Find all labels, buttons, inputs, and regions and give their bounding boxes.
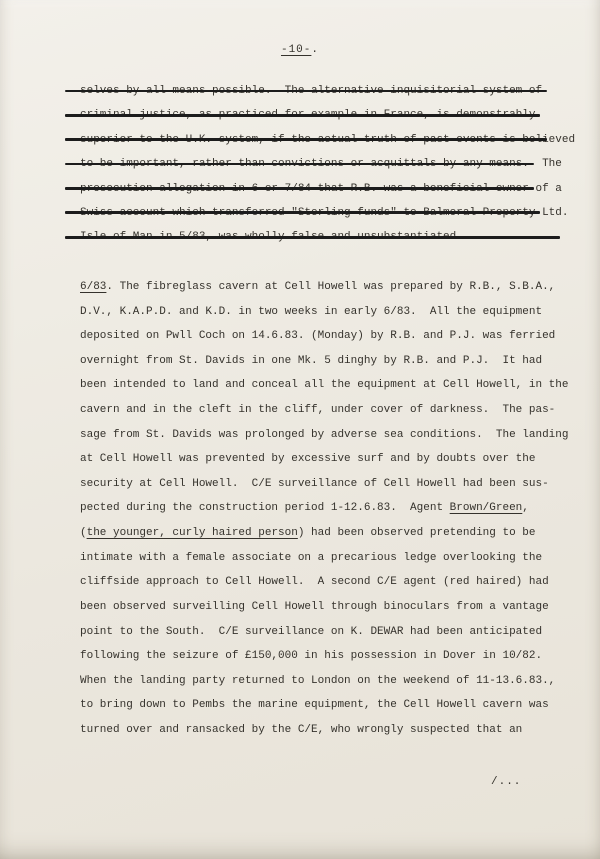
paragraph-line-15: point to the South. C/E surveillance on …: [80, 620, 568, 645]
paragraph-line-9: security at Cell Howell. C/E surveillanc…: [80, 472, 568, 497]
line-text: at Cell Howell was prevented by excessiv…: [80, 453, 535, 465]
line-text: cliffside approach to Cell Howell. A sec…: [80, 576, 549, 588]
line-text: following the seizure of £150,000 in his…: [80, 650, 542, 662]
line-text: ) had been observed pretending to be: [298, 527, 536, 539]
line-text: overnight from St. Davids in one Mk. 5 d…: [80, 355, 542, 367]
underlined-text: 6/83: [80, 281, 106, 293]
paragraph-line-13: cliffside approach to Cell Howell. A sec…: [80, 570, 568, 595]
underlined-text: the younger, curly haired person: [87, 527, 298, 539]
strikethrough-block: selves by all means possible. The altern…: [80, 79, 575, 250]
line-text: ,: [522, 502, 529, 514]
line-text: . The fibreglass cavern at Cell Howell w…: [106, 281, 555, 293]
unstruck-text: Ltd.: [535, 207, 568, 219]
paragraph-line-2: D.V., K.A.P.D. and K.D. in two weeks in …: [80, 300, 568, 325]
line-text: When the landing party returned to Londo…: [80, 675, 555, 687]
paragraph-line-12: intimate with a female associate on a pr…: [80, 546, 568, 571]
paragraph-line-7: sage from St. Davids was prolonged by ad…: [80, 423, 568, 448]
scanned-document-page: -10-. selves by all means possible. The …: [0, 0, 600, 859]
paragraph-line-17: When the landing party returned to Londo…: [80, 669, 568, 694]
paragraph-line-5: been intended to land and conceal all th…: [80, 373, 568, 398]
struck-line-2: criminal justice, as practiced for examp…: [80, 103, 575, 127]
line-text: been intended to land and conceal all th…: [80, 379, 568, 391]
underlined-text: Brown/Green: [450, 502, 523, 514]
struck-text: Isle of Man in 5/83, was wholly false an…: [80, 225, 463, 249]
line-text: pected during the construction period 1-…: [80, 502, 450, 514]
struck-text: prosecution allegation in 6 or 7/84 that…: [80, 177, 529, 201]
line-text: been observed surveilling Cell Howell th…: [80, 601, 549, 613]
struck-line-4: to be important, rather than convictions…: [80, 152, 575, 176]
paragraph-line-10: pected during the construction period 1-…: [80, 496, 568, 521]
paragraph-line-3: deposited on Pwll Coch on 14.6.83. (Mond…: [80, 324, 568, 349]
struck-line-3: superior to the U.K. system, if the actu…: [80, 128, 575, 152]
line-text: turned over and ransacked by the C/E, wh…: [80, 724, 522, 736]
line-text: cavern and in the cleft in the cliff, un…: [80, 404, 555, 416]
struck-line-6: Swiss account which transferred "Sterlin…: [80, 201, 575, 225]
paragraph-line-4: overnight from St. Davids in one Mk. 5 d…: [80, 349, 568, 374]
line-text: intimate with a female associate on a pr…: [80, 552, 542, 564]
struck-text: superior to the U.K. system, if the actu…: [80, 128, 542, 152]
struck-text: criminal justice, as practiced for examp…: [80, 103, 535, 127]
struck-line-5: prosecution allegation in 6 or 7/84 that…: [80, 177, 575, 201]
page-number-text: -10-: [281, 44, 311, 56]
struck-line-7: Isle of Man in 5/83, was wholly false an…: [80, 225, 575, 249]
line-text: sage from St. Davids was prolonged by ad…: [80, 429, 568, 441]
paragraph-line-8: at Cell Howell was prevented by excessiv…: [80, 447, 568, 472]
line-text: D.V., K.A.P.D. and K.D. in two weeks in …: [80, 306, 542, 318]
unstruck-text: ieved: [542, 134, 575, 146]
struck-text: to be important, rather than convictions…: [80, 152, 529, 176]
paragraph-line-11: (the younger, curly haired person) had b…: [80, 521, 568, 546]
struck-line-1: selves by all means possible. The altern…: [80, 79, 575, 103]
continuation-mark: /...: [491, 776, 521, 788]
paragraph-line-18: to bring down to Pembs the marine equipm…: [80, 693, 568, 718]
main-paragraph: 6/83. The fibreglass cavern at Cell Howe…: [80, 275, 568, 743]
paragraph-line-6: cavern and in the cleft in the cliff, un…: [80, 398, 568, 423]
page-number: -10-.: [0, 44, 600, 56]
line-text: deposited on Pwll Coch on 14.6.83. (Mond…: [80, 330, 555, 342]
paragraph-line-1: 6/83. The fibreglass cavern at Cell Howe…: [80, 275, 568, 300]
line-text: security at Cell Howell. C/E surveillanc…: [80, 478, 549, 490]
line-text: point to the South. C/E surveillance on …: [80, 626, 542, 638]
line-text: (: [80, 527, 87, 539]
struck-text: Swiss account which transferred "Sterlin…: [80, 201, 535, 225]
page-number-suffix: .: [311, 44, 319, 56]
paragraph-line-16: following the seizure of £150,000 in his…: [80, 644, 568, 669]
paragraph-line-14: been observed surveilling Cell Howell th…: [80, 595, 568, 620]
line-text: to bring down to Pembs the marine equipm…: [80, 699, 549, 711]
paragraph-line-19: turned over and ransacked by the C/E, wh…: [80, 718, 568, 743]
struck-text: selves by all means possible. The altern…: [80, 79, 542, 103]
